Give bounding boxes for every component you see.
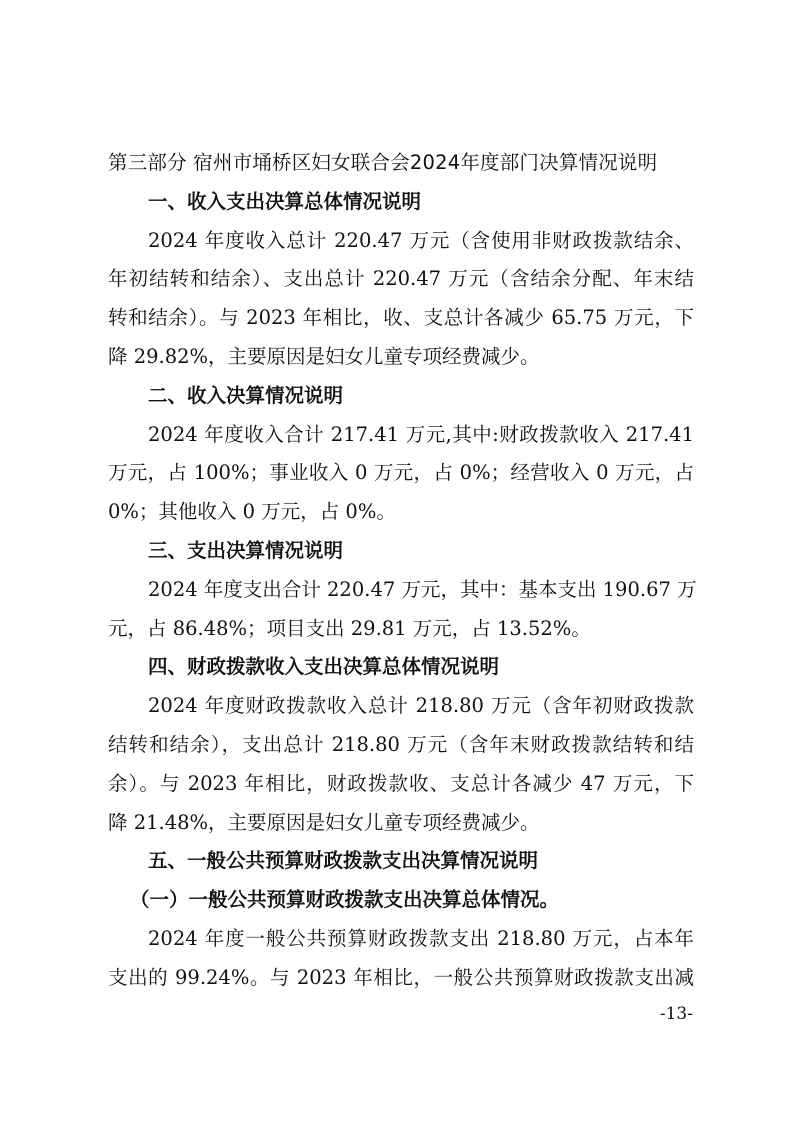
section-heading-3: 三、支出决算情况说明 [108, 532, 694, 571]
paragraph-line: 余）。与 2023 年相比，财政拨款收、支总计各减少 47 万元，下 [108, 765, 694, 804]
paragraph-line: 元，占 86.48%；项目支出 29.81 万元，占 13.52%。 [108, 610, 694, 649]
page-number: -13- [660, 1004, 693, 1024]
paragraph-line: 万元，占 100%；事业收入 0 万元，占 0%；经营收入 0 万元，占 [108, 454, 694, 493]
paragraph-line: 转和结余）。与 2023 年相比，收、支总计各减少 65.75 万元，下 [108, 299, 694, 338]
paragraph-line: 2024 年度财政拨款收入总计 218.80 万元（含年初财政拨款 [108, 687, 694, 726]
paragraph-line: 降 21.48%，主要原因是妇女儿童专项经费减少。 [108, 804, 694, 843]
paragraph-line: 0%；其他收入 0 万元，占 0%。 [108, 493, 694, 532]
section-subheading-5-1: （一）一般公共预算财政拨款支出决算总体情况。 [108, 881, 694, 920]
paragraph-line: 结转和结余），支出总计 218.80 万元（含年末财政拨款结转和结 [108, 726, 694, 765]
document-page: 第三部分 宿州市埇桥区妇女联合会2024年度部门决算情况说明 一、收入支出决算总… [108, 144, 694, 998]
section-heading-1: 一、收入支出决算总体情况说明 [108, 183, 694, 222]
paragraph-line: 降 29.82%，主要原因是妇女儿童专项经费减少。 [108, 338, 694, 377]
section-heading-2: 二、收入决算情况说明 [108, 377, 694, 416]
section-heading-4: 四、财政拨款收入支出决算总体情况说明 [108, 648, 694, 687]
paragraph-line: 支出的 99.24%。与 2023 年相比，一般公共预算财政拨款支出减 [108, 959, 694, 998]
section-heading-5: 五、一般公共预算财政拨款支出决算情况说明 [108, 842, 694, 881]
paragraph-line: 2024 年度支出合计 220.47 万元，其中：基本支出 190.67 万 [108, 571, 694, 610]
paragraph-line: 2024 年度收入总计 220.47 万元（含使用非财政拨款结余、 [108, 222, 694, 261]
paragraph-line: 2024 年度收入合计 217.41 万元,其中:财政拨款收入 217.41 [108, 416, 694, 455]
paragraph-line: 年初结转和结余）、支出总计 220.47 万元（含结余分配、年末结 [108, 260, 694, 299]
paragraph-line: 2024 年度一般公共预算财政拨款支出 218.80 万元，占本年 [108, 920, 694, 959]
document-title: 第三部分 宿州市埇桥区妇女联合会2024年度部门决算情况说明 [108, 144, 694, 183]
